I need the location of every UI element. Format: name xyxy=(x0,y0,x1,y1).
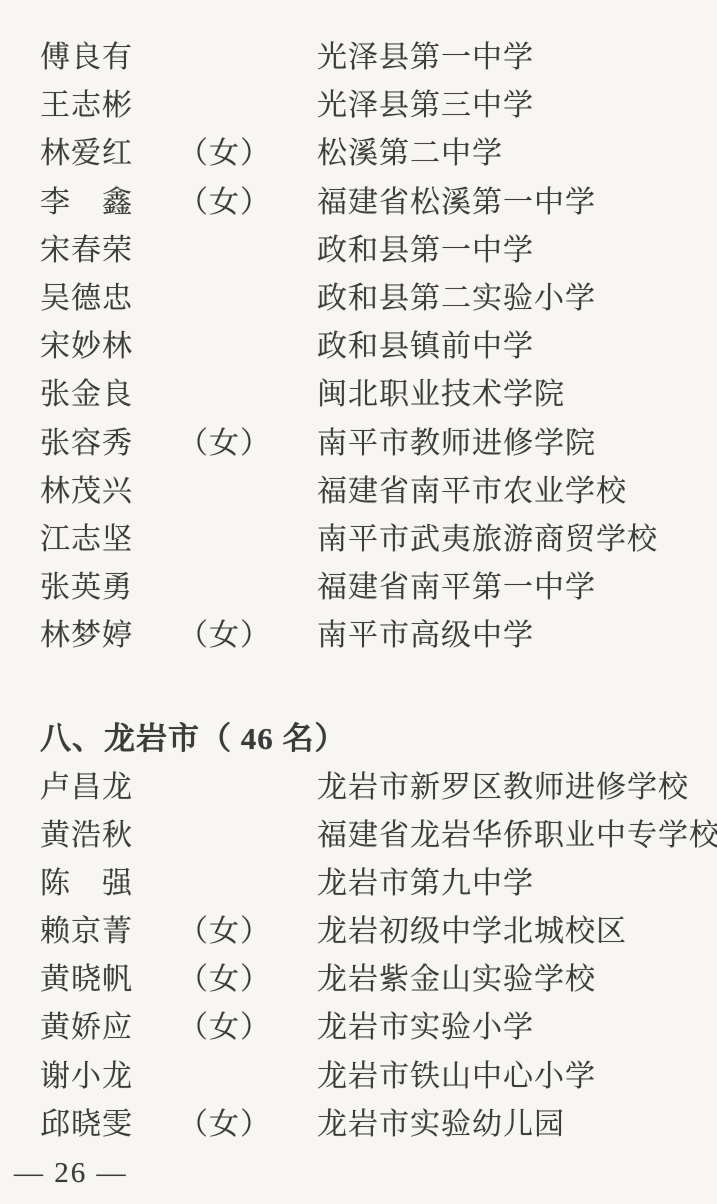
roster-section-longyan: 卢昌龙 龙岩市新罗区教师进修学校 黄浩秋 福建省龙岩华侨职业中专学校 陈 强 龙… xyxy=(40,759,703,1145)
section-header-longyan: 八、龙岩市（ 46 名） xyxy=(40,711,703,759)
roster-row: 黄娇应 （女） 龙岩市实验小学 xyxy=(40,1000,703,1048)
roster-row: 江志坚 南平市武夷旅游商贸学校 xyxy=(40,512,703,560)
name-cell: 邱晓雯 xyxy=(40,1099,178,1143)
name-cell: 张金良 xyxy=(40,369,178,413)
school-cell: 龙岩市铁山中心小学 xyxy=(317,1051,703,1095)
roster-row: 林梦婷 （女） 南平市高级中学 xyxy=(40,608,703,656)
gender-cell: （女） xyxy=(178,418,317,462)
roster-section-nanping: 傅良有 光泽县第一中学 王志彬 光泽县第三中学 林爱红 （女） 松溪第二中学 李… xyxy=(40,30,703,656)
roster-row: 吴德忠 政和县第二实验小学 xyxy=(40,271,703,319)
school-cell: 松溪第二中学 xyxy=(317,128,703,172)
name-cell: 黄浩秋 xyxy=(40,810,178,854)
name-cell: 吴德忠 xyxy=(40,273,178,317)
school-cell: 光泽县第一中学 xyxy=(317,32,703,76)
gender-cell: （女） xyxy=(178,610,317,654)
school-cell: 南平市武夷旅游商贸学校 xyxy=(317,514,703,558)
name-cell: 卢昌龙 xyxy=(40,762,178,806)
school-cell: 福建省龙岩华侨职业中专学校 xyxy=(317,810,717,854)
school-cell: 龙岩紫金山实验学校 xyxy=(317,954,703,998)
gender-cell: （女） xyxy=(178,128,317,172)
roster-row: 林茂兴 福建省南平市农业学校 xyxy=(40,464,703,512)
name-cell: 陈 强 xyxy=(40,858,178,902)
roster-row: 张金良 闽北职业技术学院 xyxy=(40,367,703,415)
school-cell: 南平市教师进修学院 xyxy=(317,418,703,462)
roster-row: 陈 强 龙岩市第九中学 xyxy=(40,856,703,904)
school-cell: 南平市高级中学 xyxy=(317,610,703,654)
name-cell: 谢小龙 xyxy=(40,1051,178,1095)
roster-row: 邱晓雯 （女） 龙岩市实验幼儿园 xyxy=(40,1097,703,1145)
name-cell: 黄娇应 xyxy=(40,1002,178,1046)
name-cell: 宋春荣 xyxy=(40,225,178,269)
school-cell: 龙岩市实验幼儿园 xyxy=(317,1099,703,1143)
roster-row: 张英勇 福建省南平第一中学 xyxy=(40,560,703,608)
roster-row: 黄晓帆 （女） 龙岩紫金山实验学校 xyxy=(40,952,703,1000)
school-cell: 福建省南平市农业学校 xyxy=(317,466,703,510)
name-cell: 李 鑫 xyxy=(40,177,178,221)
roster-row: 林爱红 （女） 松溪第二中学 xyxy=(40,126,703,174)
gender-cell: （女） xyxy=(178,906,317,950)
name-cell: 王志彬 xyxy=(40,80,178,124)
school-cell: 龙岩市新罗区教师进修学校 xyxy=(317,762,703,806)
roster-row: 黄浩秋 福建省龙岩华侨职业中专学校 xyxy=(40,808,703,856)
roster-row: 赖京菁 （女） 龙岩初级中学北城校区 xyxy=(40,904,703,952)
name-cell: 张英勇 xyxy=(40,562,178,606)
name-cell: 赖京菁 xyxy=(40,906,178,950)
roster-row: 宋妙林 政和县镇前中学 xyxy=(40,319,703,367)
school-cell: 光泽县第三中学 xyxy=(317,80,703,124)
name-cell: 宋妙林 xyxy=(40,321,178,365)
school-cell: 政和县第一中学 xyxy=(317,225,703,269)
gender-cell: （女） xyxy=(178,177,317,221)
name-cell: 林茂兴 xyxy=(40,466,178,510)
roster-row: 王志彬 光泽县第三中学 xyxy=(40,78,703,126)
name-cell: 林爱红 xyxy=(40,128,178,172)
gender-cell: （女） xyxy=(178,1002,317,1046)
school-cell: 龙岩初级中学北城校区 xyxy=(317,906,703,950)
gender-cell: （女） xyxy=(178,1099,317,1143)
roster-row: 李 鑫 （女） 福建省松溪第一中学 xyxy=(40,175,703,223)
roster-row: 谢小龙 龙岩市铁山中心小学 xyxy=(40,1049,703,1097)
name-cell: 傅良有 xyxy=(40,32,178,76)
school-cell: 龙岩市第九中学 xyxy=(317,858,703,902)
school-cell: 政和县镇前中学 xyxy=(317,321,703,365)
school-cell: 龙岩市实验小学 xyxy=(317,1002,703,1046)
school-cell: 政和县第二实验小学 xyxy=(317,273,703,317)
roster-row: 宋春荣 政和县第一中学 xyxy=(40,223,703,271)
name-cell: 黄晓帆 xyxy=(40,954,178,998)
school-cell: 福建省松溪第一中学 xyxy=(317,177,703,221)
school-cell: 福建省南平第一中学 xyxy=(317,562,703,606)
page-number: — 26 — xyxy=(14,1157,128,1190)
roster-row: 卢昌龙 龙岩市新罗区教师进修学校 xyxy=(40,759,703,807)
school-cell: 闽北职业技术学院 xyxy=(317,369,703,413)
name-cell: 江志坚 xyxy=(40,514,178,558)
name-cell: 林梦婷 xyxy=(40,610,178,654)
roster-row: 张容秀 （女） 南平市教师进修学院 xyxy=(40,416,703,464)
name-cell: 张容秀 xyxy=(40,418,178,462)
document-page: 傅良有 光泽县第一中学 王志彬 光泽县第三中学 林爱红 （女） 松溪第二中学 李… xyxy=(0,0,717,1204)
gender-cell: （女） xyxy=(178,954,317,998)
roster-row: 傅良有 光泽县第一中学 xyxy=(40,30,703,78)
